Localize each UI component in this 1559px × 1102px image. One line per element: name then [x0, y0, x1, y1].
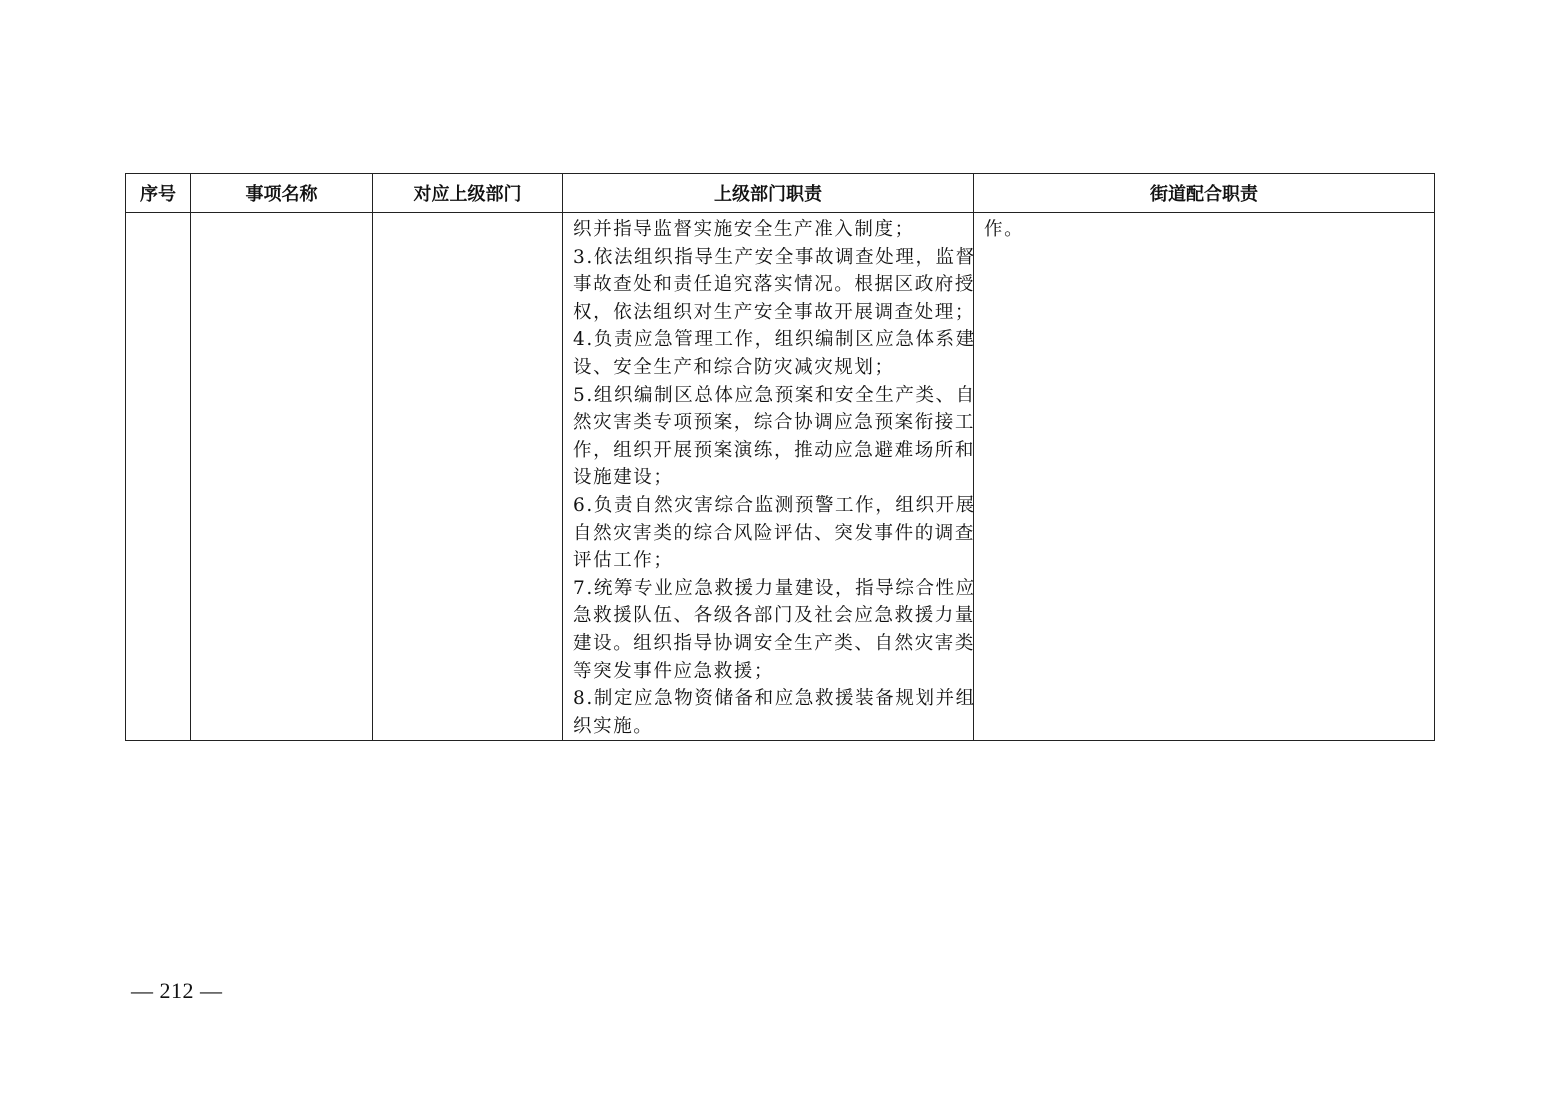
- duty-line: 自然灾害类的综合风险评估、突发事件的调查: [573, 520, 965, 548]
- header-index: 序号: [126, 174, 191, 213]
- duty-line: 设、安全生产和综合防灾减灾规划；: [573, 354, 965, 382]
- street-duty-text: 作。: [984, 216, 1426, 244]
- duty-line: 评估工作；: [573, 547, 965, 575]
- duty-line: 4.负责应急管理工作，组织编制区应急体系建: [573, 326, 965, 354]
- duty-line: 设施建设；: [573, 464, 965, 492]
- table-row: 织并指导监督实施安全生产准入制度； 3.依法组织指导生产安全事故调查处理，监督 …: [126, 213, 1435, 741]
- header-item-name: 事项名称: [191, 174, 373, 213]
- duty-line: 织实施。: [573, 713, 965, 741]
- duties-table: 序号 事项名称 对应上级部门 上级部门职责 街道配合职责 织并指导监督实施安全生…: [125, 173, 1435, 741]
- duty-line: 织并指导监督实施安全生产准入制度；: [573, 216, 965, 244]
- duty-line: 5.组织编制区总体应急预案和安全生产类、自: [573, 382, 965, 410]
- page-number: — 212 —: [131, 978, 223, 1004]
- duty-line: 8.制定应急物资储备和应急救援装备规划并组: [573, 685, 965, 713]
- duty-line: 急救援队伍、各级各部门及社会应急救援力量: [573, 602, 965, 630]
- duty-line: 事故查处和责任追究落实情况。根据区政府授: [573, 271, 965, 299]
- header-street-duties: 街道配合职责: [974, 174, 1435, 213]
- cell-upper-duties: 织并指导监督实施安全生产准入制度； 3.依法组织指导生产安全事故调查处理，监督 …: [563, 213, 974, 741]
- header-upper-department: 对应上级部门: [373, 174, 563, 213]
- cell-item-name: [191, 213, 373, 741]
- duty-line: 3.依法组织指导生产安全事故调查处理，监督: [573, 244, 965, 272]
- header-upper-duties: 上级部门职责: [563, 174, 974, 213]
- duty-line: 作，组织开展预案演练，推动应急避难场所和: [573, 437, 965, 465]
- duty-line: 权，依法组织对生产安全事故开展调查处理；: [573, 299, 965, 327]
- duty-line: 6.负责自然灾害综合监测预警工作，组织开展: [573, 492, 965, 520]
- cell-street-duties: 作。: [974, 213, 1435, 741]
- table-header-row: 序号 事项名称 对应上级部门 上级部门职责 街道配合职责: [126, 174, 1435, 213]
- cell-index: [126, 213, 191, 741]
- cell-upper-department: [373, 213, 563, 741]
- duty-line: 然灾害类专项预案，综合协调应急预案衔接工: [573, 409, 965, 437]
- duty-line: 建设。组织指导协调安全生产类、自然灾害类: [573, 630, 965, 658]
- duty-line: 7.统筹专业应急救援力量建设，指导综合性应: [573, 575, 965, 603]
- duty-line: 等突发事件应急救援；: [573, 658, 965, 686]
